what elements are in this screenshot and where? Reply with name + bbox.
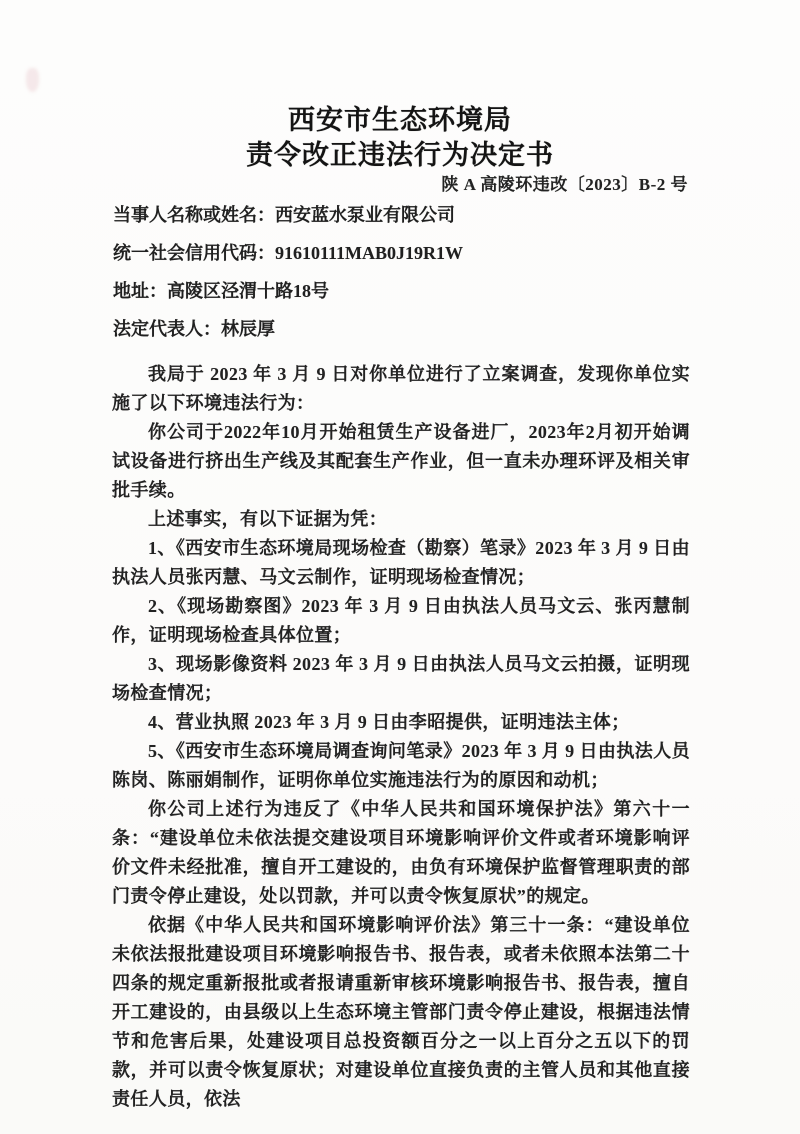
body-paragraph-evidence-2: 2、《现场勘察图》2023 年 3 月 9 日由执法人员马文云、张丙慧制作，证明… bbox=[112, 592, 690, 650]
body-paragraph-evidence-3: 3、现场影像资料 2023 年 3 月 9 日由执法人员马文云拍摄，证明现场检查… bbox=[112, 650, 690, 708]
body-paragraph-evidence-5: 5、《西安市生态环境局调查询问笔录》2023 年 3 月 9 日由执法人员陈岗、… bbox=[112, 737, 690, 795]
party-field-address-value: 高陵区泾渭十路18号 bbox=[167, 281, 329, 301]
party-field-legal-representative-value: 林辰厚 bbox=[221, 319, 275, 339]
document-number: 陕 A 高陵环违改〔2023〕B-2 号 bbox=[441, 170, 688, 195]
party-field-credit-code-label: 统一社会信用代码： bbox=[113, 243, 275, 263]
party-field-name: 当事人名称或姓名：西安蓝水泵业有限公司 bbox=[113, 196, 693, 234]
party-field-credit-code: 统一社会信用代码：91610111MAB0J19R1W bbox=[113, 234, 693, 272]
document-page: 西安市生态环境局 责令改正违法行为决定书 陕 A 高陵环违改〔2023〕B-2 … bbox=[0, 0, 800, 1134]
body-paragraph-evidence-1: 1、《西安市生态环境局现场检查（勘察）笔录》2023 年 3 月 9 日由执法人… bbox=[112, 534, 690, 592]
body-paragraph-violation-facts: 你公司于2022年10月开始租赁生产设备进厂，2023年2月初开始调试设备进行挤… bbox=[112, 418, 690, 505]
party-field-name-label: 当事人名称或姓名： bbox=[113, 205, 275, 225]
party-field-legal-representative-label: 法定代表人： bbox=[113, 319, 221, 339]
body-paragraph-legal-basis: 依据《中华人民共和国环境影响评价法》第三十一条：“建设单位未依法报批建设项目环境… bbox=[112, 911, 690, 1114]
body-paragraph-evidence-lead: 上述事实，有以下证据为凭： bbox=[112, 505, 690, 534]
document-title-line1: 西安市生态环境局 bbox=[0, 98, 800, 137]
party-info-block: 当事人名称或姓名：西安蓝水泵业有限公司 统一社会信用代码：91610111MAB… bbox=[113, 196, 693, 348]
scan-artifact-mark bbox=[26, 68, 39, 92]
document-title-line2: 责令改正违法行为决定书 bbox=[0, 133, 800, 172]
body-paragraph-evidence-4: 4、营业执照 2023 年 3 月 9 日由李昭提供，证明违法主体； bbox=[112, 708, 690, 737]
document-body: 我局于 2023 年 3 月 9 日对你单位进行了立案调查，发现你单位实施了以下… bbox=[112, 360, 690, 1114]
party-field-address: 地址：高陵区泾渭十路18号 bbox=[113, 272, 693, 310]
body-paragraph-law-violated: 你公司上述行为违反了《中华人民共和国环境保护法》第六十一条：“建设单位未依法提交… bbox=[112, 795, 690, 911]
party-field-legal-representative: 法定代表人：林辰厚 bbox=[113, 310, 693, 348]
body-paragraph-intro: 我局于 2023 年 3 月 9 日对你单位进行了立案调查，发现你单位实施了以下… bbox=[112, 360, 690, 418]
party-field-credit-code-value: 91610111MAB0J19R1W bbox=[275, 243, 463, 263]
party-field-address-label: 地址： bbox=[113, 281, 167, 301]
party-field-name-value: 西安蓝水泵业有限公司 bbox=[275, 205, 455, 225]
